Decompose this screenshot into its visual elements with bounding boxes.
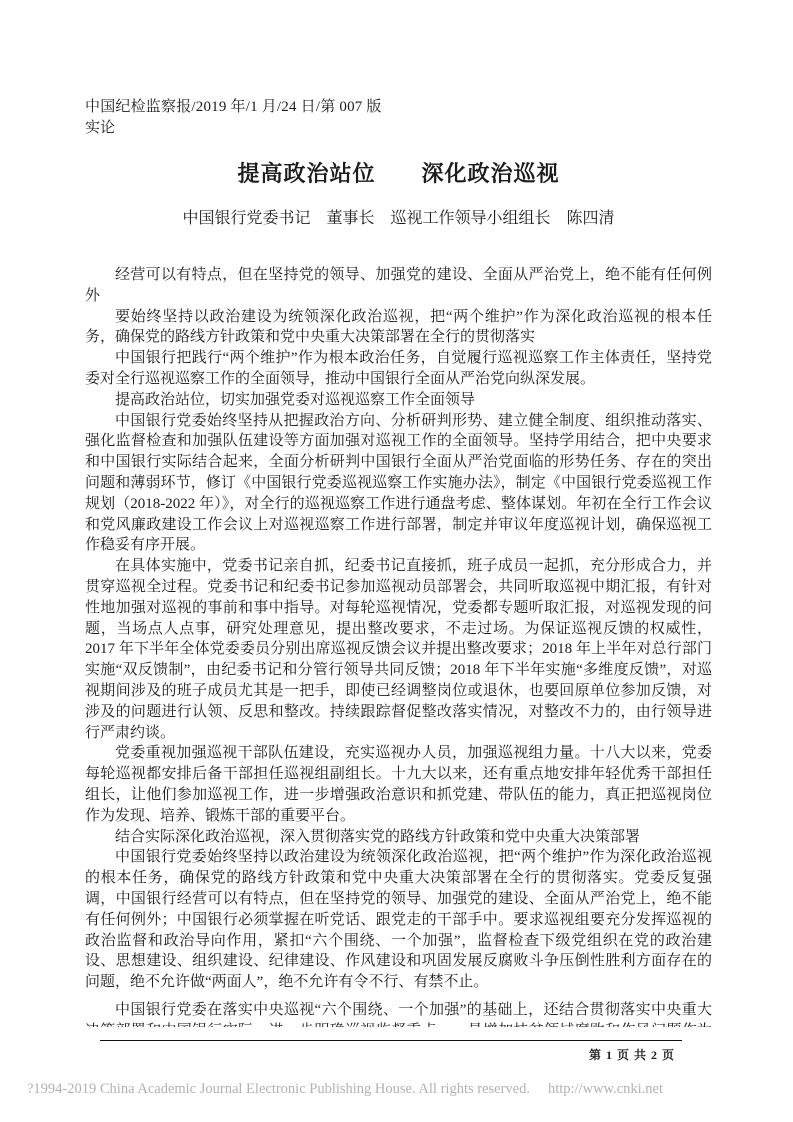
subheading-2: 结合实际深化政治巡视，深入贯彻落实党的路线方针政策和党中央重大决策部署: [85, 827, 712, 848]
publisher-url: http://www.cnki.net: [548, 1081, 663, 1097]
paragraph-body-2: 在具体实施中，党委书记亲自抓，纪委书记直接抓，班子成员一起抓，充分形成合力，并贯…: [85, 556, 712, 743]
article-title: 提高政治站位 深化政治巡视: [85, 160, 712, 188]
paragraph-lead-2: 要始终坚持以政治建设为统领深化政治巡视，把“两个维护”作为深化政治巡视的根本任务…: [85, 307, 712, 349]
paragraph-body-4: 中国银行党委始终坚持以政治建设为统领深化政治巡视，把“两个维护”作为深化政治巡视…: [85, 847, 712, 993]
subheading-1: 提高政治站位，切实加强党委对巡视巡察工作全面领导: [85, 390, 712, 411]
article-content: 中国纪检监察报/2019 年/1 月/24 日/第 007 版 实论 提高政治站…: [85, 97, 712, 1027]
section-name: 实论: [85, 118, 712, 139]
page-number-indicator: 第 1 页 共 2 页: [100, 1046, 675, 1063]
paragraph-lead-1: 经营可以有特点，但在坚持党的领导、加强党的建设、全面从严治党上，绝不能有任何例外: [85, 265, 712, 307]
footer-divider: [100, 1040, 682, 1041]
copyright-line: ?1994-2019 China Academic Journal Electr…: [27, 1081, 767, 1098]
article-byline: 中国银行党委书记 董事长 巡视工作领导小组组长 陈四清: [85, 208, 712, 230]
paragraph-body-1: 中国银行党委始终坚持从把握政治方向、分析研判形势、建立健全制度、组织推动落实、强…: [85, 411, 712, 557]
paragraph-body-3: 党委重视加强巡视干部队伍建设，充实巡视办人员，加强巡视组力量。十八大以来，党委每…: [85, 743, 712, 826]
copyright-text: ?1994-2019 China Academic Journal Electr…: [27, 1081, 530, 1097]
article-body: 经营可以有特点，但在坚持党的领导、加强党的建设、全面从严治党上，绝不能有任何例外…: [85, 265, 712, 1027]
paragraph-body-5: 中国银行党委在落实中央巡视“六个围绕、一个加强”的基础上，还结合贯彻落实中央重大…: [85, 1000, 712, 1027]
paragraph-intro: 中国银行把践行“两个维护”作为根本政治任务，自觉履行巡视巡察工作主体责任，坚持党…: [85, 348, 712, 390]
document-page: 中国纪检监察报/2019 年/1 月/24 日/第 007 版 实论 提高政治站…: [0, 0, 793, 1122]
source-citation: 中国纪检监察报/2019 年/1 月/24 日/第 007 版: [85, 97, 712, 118]
